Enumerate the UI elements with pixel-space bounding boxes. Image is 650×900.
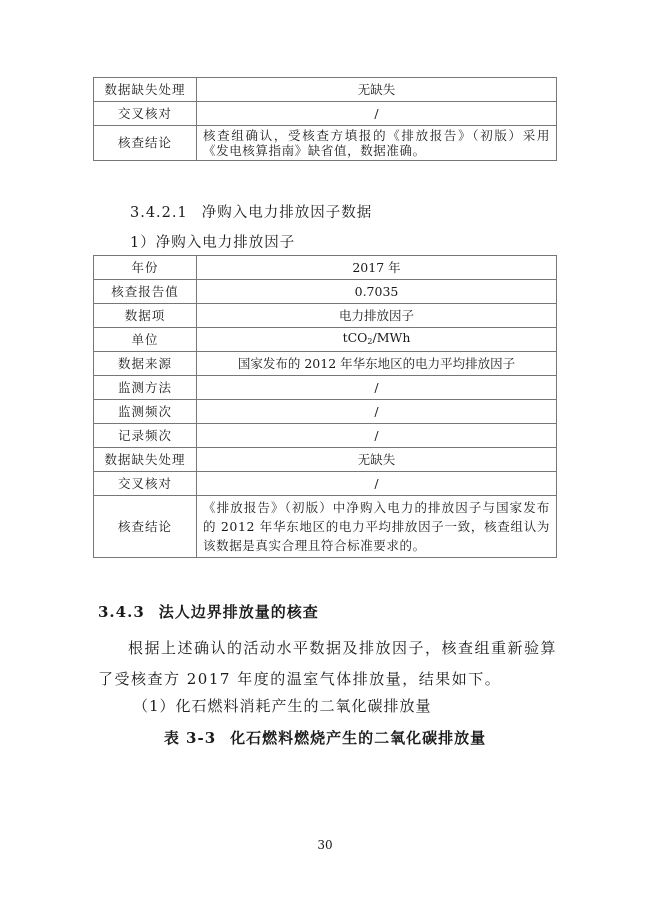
row-label: 核查结论 bbox=[94, 496, 197, 558]
section-number: 3.4.2.1 bbox=[130, 205, 188, 221]
row-label: 核查报告值 bbox=[94, 280, 197, 304]
row-value: 0.7035 bbox=[197, 280, 557, 304]
row-value: 电力排放因子 bbox=[197, 304, 557, 328]
row-value: / bbox=[197, 424, 557, 448]
row-value: / bbox=[197, 376, 557, 400]
row-value: 无缺失 bbox=[197, 78, 557, 102]
row-value: / bbox=[197, 472, 557, 496]
document-page: 数据缺失处理 无缺失 交叉核对 / 核查结论 核查组确认，受核查方填报的《排放报… bbox=[0, 0, 650, 900]
table-row: 年份 2017 年 bbox=[94, 256, 557, 280]
row-label: 数据缺失处理 bbox=[94, 448, 197, 472]
section-title: 净购入电力排放因子数据 bbox=[202, 205, 373, 221]
row-label: 数据缺失处理 bbox=[94, 78, 197, 102]
table-row: 数据来源 国家发布的 2012 年华东地区的电力平均排放因子 bbox=[94, 352, 557, 376]
section-title: 法人边界排放量的核查 bbox=[159, 603, 319, 621]
row-label: 单位 bbox=[94, 328, 197, 352]
row-label: 核查结论 bbox=[94, 126, 197, 161]
row-label: 交叉核对 bbox=[94, 472, 197, 496]
table-row: 核查报告值 0.7035 bbox=[94, 280, 557, 304]
caption-number: 表 3-3 bbox=[164, 729, 216, 747]
row-label: 年份 bbox=[94, 256, 197, 280]
row-label: 监测方法 bbox=[94, 376, 197, 400]
row-label: 记录频次 bbox=[94, 424, 197, 448]
section-number: 3.4.3 bbox=[98, 603, 145, 621]
verification-table-continued: 数据缺失处理 无缺失 交叉核对 / 核查结论 核查组确认，受核查方填报的《排放报… bbox=[93, 77, 557, 161]
table-row: 单位 tCO2/MWh bbox=[94, 328, 557, 352]
unit-prefix: tCO bbox=[343, 330, 368, 345]
section-heading-343: 3.4.3法人边界排放量的核查 bbox=[98, 601, 319, 622]
table-row: 数据缺失处理 无缺失 bbox=[94, 78, 557, 102]
subheading: 1）净购入电力排放因子 bbox=[130, 231, 295, 252]
table-row: 数据缺失处理 无缺失 bbox=[94, 448, 557, 472]
table-row: 核查结论 核查组确认，受核查方填报的《排放报告》（初版）采用《发电核算指南》缺省… bbox=[94, 126, 557, 161]
table-row: 数据项 电力排放因子 bbox=[94, 304, 557, 328]
section-heading-3421: 3.4.2.1净购入电力排放因子数据 bbox=[130, 201, 372, 222]
row-value: / bbox=[197, 102, 557, 126]
row-value: 核查组确认，受核查方填报的《排放报告》（初版）采用《发电核算指南》缺省值，数据准… bbox=[197, 126, 557, 161]
unit-suffix: /MWh bbox=[373, 330, 411, 345]
row-value: 国家发布的 2012 年华东地区的电力平均排放因子 bbox=[197, 352, 557, 376]
row-value: 2017 年 bbox=[197, 256, 557, 280]
caption-title: 化石燃料燃烧产生的二氧化碳排放量 bbox=[230, 729, 486, 747]
table-row: 监测频次 / bbox=[94, 400, 557, 424]
row-label: 数据来源 bbox=[94, 352, 197, 376]
table-caption: 表 3-3化石燃料燃烧产生的二氧化碳排放量 bbox=[0, 727, 650, 748]
row-value: 《排放报告》（初版）中净购入电力的排放因子与国家发布的 2012 年华东地区的电… bbox=[197, 496, 557, 558]
table-row: 记录频次 / bbox=[94, 424, 557, 448]
list-item: （1）化石燃料消耗产生的二氧化碳排放量 bbox=[133, 695, 432, 716]
table-row: 交叉核对 / bbox=[94, 472, 557, 496]
emission-factor-table: 年份 2017 年 核查报告值 0.7035 数据项 电力排放因子 单位 tCO… bbox=[93, 255, 557, 558]
table-row: 监测方法 / bbox=[94, 376, 557, 400]
row-value: / bbox=[197, 400, 557, 424]
row-label: 监测频次 bbox=[94, 400, 197, 424]
page-number: 30 bbox=[0, 838, 650, 852]
row-value-unit: tCO2/MWh bbox=[197, 328, 557, 352]
row-value: 无缺失 bbox=[197, 448, 557, 472]
table-row: 核查结论 《排放报告》（初版）中净购入电力的排放因子与国家发布的 2012 年华… bbox=[94, 496, 557, 558]
row-label: 交叉核对 bbox=[94, 102, 197, 126]
body-paragraph: 根据上述确认的活动水平数据及排放因子，核查组重新验算了受核查方 2017 年度的… bbox=[98, 633, 558, 695]
table-row: 交叉核对 / bbox=[94, 102, 557, 126]
row-label: 数据项 bbox=[94, 304, 197, 328]
